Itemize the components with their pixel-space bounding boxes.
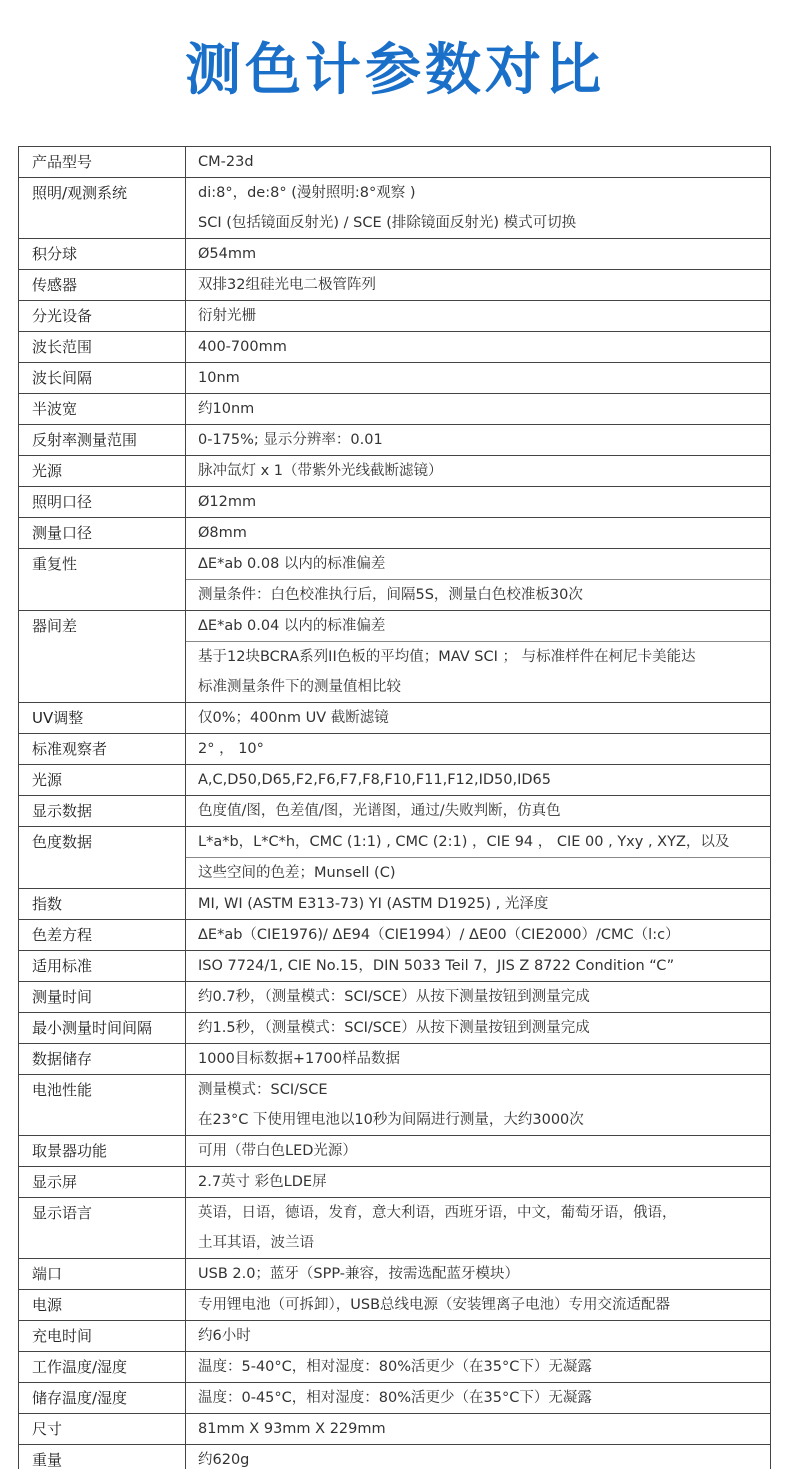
spec-row: 重复性 ΔE*ab 0.08 以内的标准偏差测量条件：白色校准执行后，间隔5S，… bbox=[19, 549, 771, 611]
spec-value: 约10nm bbox=[186, 394, 770, 424]
spec-row: 取景器功能可用（带白色LED光源） bbox=[19, 1136, 771, 1167]
spec-value: ISO 7724/1, CIE No.15，DIN 5033 Teil 7，JI… bbox=[186, 951, 770, 981]
spec-value-cell: di:8°，de:8° (漫射照明:8°观察 )SCI (包括镜面反射光) / … bbox=[186, 178, 771, 239]
spec-value: 基于12块BCRA系列II色板的平均值；MAV SCI ； 与标准样件在柯尼卡美… bbox=[186, 642, 770, 672]
spec-label: 显示屏 bbox=[32, 1167, 185, 1197]
spec-value: 在23°C 下使用锂电池以10秒为间隔进行测量，大约3000次 bbox=[186, 1105, 770, 1135]
spec-row: 产品型号CM-23d bbox=[19, 147, 771, 178]
spec-value-cell: 0-175%; 显示分辨率：0.01 bbox=[186, 425, 771, 456]
spec-label: 取景器功能 bbox=[32, 1136, 185, 1166]
spec-row: 显示屏2.7英寸 彩色LDE屏 bbox=[19, 1167, 771, 1198]
spec-label-cell: 最小测量时间间隔 bbox=[19, 1013, 186, 1044]
spec-value-cell: 温度：5-40°C，相对湿度：80%活更少（在35°C下）无凝露 bbox=[186, 1352, 771, 1383]
spec-row: 光源A,C,D50,D65,F2,F6,F7,F8,F10,F11,F12,ID… bbox=[19, 765, 771, 796]
spec-row: 照明/观测系统di:8°，de:8° (漫射照明:8°观察 )SCI (包括镜面… bbox=[19, 178, 771, 239]
spec-value-cell: 可用（带白色LED光源） bbox=[186, 1136, 771, 1167]
spec-value-cell: 脉冲氙灯 x 1（带紫外光线截断滤镜） bbox=[186, 456, 771, 487]
spec-label: 光源 bbox=[32, 765, 185, 795]
spec-value-cell: 约10nm bbox=[186, 394, 771, 425]
spec-row: 数据储存1000目标数据+1700样品数据 bbox=[19, 1044, 771, 1075]
spec-label-cell: 产品型号 bbox=[19, 147, 186, 178]
spec-label-cell: 反射率测量范围 bbox=[19, 425, 186, 456]
spec-value: 土耳其语，波兰语 bbox=[186, 1228, 770, 1258]
spec-value-cell: 81mm X 93mm X 229mm bbox=[186, 1414, 771, 1445]
spec-value-cell: CM-23d bbox=[186, 147, 771, 178]
spec-label: 产品型号 bbox=[32, 147, 185, 177]
spec-value: ΔE*ab（CIE1976)/ ΔE94（CIE1994）/ ΔE00（CIE2… bbox=[186, 920, 770, 950]
spec-table: 产品型号CM-23d照明/观测系统di:8°，de:8° (漫射照明:8°观察 … bbox=[18, 146, 771, 1469]
spec-value-cell: 双排32组硅光电二极管阵列 bbox=[186, 270, 771, 301]
spec-label-cell: 数据储存 bbox=[19, 1044, 186, 1075]
spec-label-cell: 充电时间 bbox=[19, 1321, 186, 1352]
spec-label: 色差方程 bbox=[32, 920, 185, 950]
spec-row: 适用标准ISO 7724/1, CIE No.15，DIN 5033 Teil … bbox=[19, 951, 771, 982]
spec-value: 专用锂电池（可拆卸），USB总线电源（安装锂离子电池）专用交流适配器 bbox=[186, 1290, 770, 1320]
spec-value-cell: Ø54mm bbox=[186, 239, 771, 270]
spec-label-cell: 端口 bbox=[19, 1259, 186, 1290]
spec-value: 双排32组硅光电二极管阵列 bbox=[186, 270, 770, 300]
spec-label: 测量时间 bbox=[32, 982, 185, 1012]
spec-label: 电源 bbox=[32, 1290, 185, 1320]
spec-row: UV调整仅0%；400nm UV 截断滤镜 bbox=[19, 703, 771, 734]
spec-value: CM-23d bbox=[186, 147, 770, 177]
spec-row: 充电时间约6小时 bbox=[19, 1321, 771, 1352]
spec-value-cell: MI, WI (ASTM E313-73) YI (ASTM D1925) , … bbox=[186, 889, 771, 920]
spec-value: 这些空间的色差；Munsell (C) bbox=[186, 858, 770, 888]
spec-row: 工作温度/湿度温度：5-40°C，相对湿度：80%活更少（在35°C下）无凝露 bbox=[19, 1352, 771, 1383]
spec-value: SCI (包括镜面反射光) / SCE (排除镜面反射光) 模式可切换 bbox=[186, 208, 770, 238]
spec-label: 重复性 bbox=[32, 549, 185, 579]
spec-value-cell: 专用锂电池（可拆卸），USB总线电源（安装锂离子电池）专用交流适配器 bbox=[186, 1290, 771, 1321]
spec-label: UV调整 bbox=[32, 703, 185, 733]
spec-row: 半波宽约10nm bbox=[19, 394, 771, 425]
spec-label-cell: 器间差 bbox=[19, 611, 186, 703]
spec-value: 衍射光栅 bbox=[186, 301, 770, 331]
spec-value-cell: 仅0%；400nm UV 截断滤镜 bbox=[186, 703, 771, 734]
spec-value: Ø12mm bbox=[186, 487, 770, 517]
spec-value: 可用（带白色LED光源） bbox=[186, 1136, 770, 1166]
spec-label-cell: 照明/观测系统 bbox=[19, 178, 186, 239]
spec-value: 约620g bbox=[186, 1445, 770, 1469]
spec-row: 传感器双排32组硅光电二极管阵列 bbox=[19, 270, 771, 301]
spec-label-cell: 储存温度/湿度 bbox=[19, 1383, 186, 1414]
spec-row: 尺寸81mm X 93mm X 229mm bbox=[19, 1414, 771, 1445]
spec-label-cell: 波长间隔 bbox=[19, 363, 186, 394]
spec-label: 电池性能 bbox=[32, 1075, 185, 1105]
spec-row: 波长范围400-700mm bbox=[19, 332, 771, 363]
spec-value-cell: 1000目标数据+1700样品数据 bbox=[186, 1044, 771, 1075]
spec-label: 适用标准 bbox=[32, 951, 185, 981]
spec-label: 测量口径 bbox=[32, 518, 185, 548]
spec-value-cell: A,C,D50,D65,F2,F6,F7,F8,F10,F11,F12,ID50… bbox=[186, 765, 771, 796]
spec-label-cell: 电池性能 bbox=[19, 1075, 186, 1136]
spec-value-cell: 10nm bbox=[186, 363, 771, 394]
spec-value-cell: 约6小时 bbox=[186, 1321, 771, 1352]
spec-value: 约0.7秒，（测量模式：SCI/SCE）从按下测量按钮到测量完成 bbox=[186, 982, 770, 1012]
spec-value-cell: ΔE*ab（CIE1976)/ ΔE94（CIE1994）/ ΔE00（CIE2… bbox=[186, 920, 771, 951]
spec-row: 显示数据色度值/图，色差值/图，光谱图，通过/失败判断，仿真色 bbox=[19, 796, 771, 827]
spec-label-cell: 测量时间 bbox=[19, 982, 186, 1013]
spec-value: 2.7英寸 彩色LDE屏 bbox=[186, 1167, 770, 1197]
spec-label-cell: 工作温度/湿度 bbox=[19, 1352, 186, 1383]
spec-value-cell: 约1.5秒，（测量模式：SCI/SCE）从按下测量按钮到测量完成 bbox=[186, 1013, 771, 1044]
spec-row: 标准观察者2° ， 10° bbox=[19, 734, 771, 765]
spec-label: 最小测量时间间隔 bbox=[32, 1013, 185, 1043]
spec-row: 色差方程 ΔE*ab（CIE1976)/ ΔE94（CIE1994）/ ΔE00… bbox=[19, 920, 771, 951]
spec-label: 波长间隔 bbox=[32, 363, 185, 393]
spec-label-cell: 适用标准 bbox=[19, 951, 186, 982]
spec-label: 数据储存 bbox=[32, 1044, 185, 1074]
spec-row: 指数MI, WI (ASTM E313-73) YI (ASTM D1925) … bbox=[19, 889, 771, 920]
spec-row: 照明口径Ø12mm bbox=[19, 487, 771, 518]
spec-value: 400-700mm bbox=[186, 332, 770, 362]
spec-value: 温度：0-45°C，相对湿度：80%活更少（在35°C下）无凝露 bbox=[186, 1383, 770, 1413]
spec-label: 重量 bbox=[32, 1445, 185, 1469]
spec-row: 积分球Ø54mm bbox=[19, 239, 771, 270]
spec-row: 储存温度/湿度温度：0-45°C，相对湿度：80%活更少（在35°C下）无凝露 bbox=[19, 1383, 771, 1414]
spec-value-cell: L*a*b，L*C*h，CMC (1:1) , CMC (2:1) ，CIE 9… bbox=[186, 827, 771, 889]
spec-value: ΔE*ab 0.04 以内的标准偏差 bbox=[186, 611, 770, 642]
spec-label-cell: 重量 bbox=[19, 1445, 186, 1469]
spec-value-cell: ISO 7724/1, CIE No.15，DIN 5033 Teil 7，JI… bbox=[186, 951, 771, 982]
spec-label-cell: 波长范围 bbox=[19, 332, 186, 363]
spec-row: 分光设备衍射光栅 bbox=[19, 301, 771, 332]
spec-value-cell: ΔE*ab 0.08 以内的标准偏差测量条件：白色校准执行后，间隔5S，测量白色… bbox=[186, 549, 771, 611]
spec-label-cell: 积分球 bbox=[19, 239, 186, 270]
spec-value-cell: 2.7英寸 彩色LDE屏 bbox=[186, 1167, 771, 1198]
spec-value: 脉冲氙灯 x 1（带紫外光线截断滤镜） bbox=[186, 456, 770, 486]
spec-label: 分光设备 bbox=[32, 301, 185, 331]
spec-value: 0-175%; 显示分辨率：0.01 bbox=[186, 425, 770, 455]
spec-value: 10nm bbox=[186, 363, 770, 393]
spec-label-cell: 显示语言 bbox=[19, 1198, 186, 1259]
spec-value-cell: ΔE*ab 0.04 以内的标准偏差基于12块BCRA系列II色板的平均值；MA… bbox=[186, 611, 771, 703]
spec-label-cell: 标准观察者 bbox=[19, 734, 186, 765]
spec-value: ΔE*ab 0.08 以内的标准偏差 bbox=[186, 549, 770, 580]
spec-value: 测量条件：白色校准执行后，间隔5S，测量白色校准板30次 bbox=[186, 580, 770, 610]
spec-label-cell: 电源 bbox=[19, 1290, 186, 1321]
page-title: 测色计参数对比 bbox=[0, 36, 790, 106]
spec-value: USB 2.0；蓝牙（SPP-兼容，按需选配蓝牙模块） bbox=[186, 1259, 770, 1289]
spec-label-cell: 尺寸 bbox=[19, 1414, 186, 1445]
spec-label-cell: 光源 bbox=[19, 456, 186, 487]
spec-row: 器间差 ΔE*ab 0.04 以内的标准偏差基于12块BCRA系列II色板的平均… bbox=[19, 611, 771, 703]
spec-label: 尺寸 bbox=[32, 1414, 185, 1444]
spec-value: 温度：5-40°C，相对湿度：80%活更少（在35°C下）无凝露 bbox=[186, 1352, 770, 1382]
spec-label: 照明口径 bbox=[32, 487, 185, 517]
spec-row: 测量时间约0.7秒，（测量模式：SCI/SCE）从按下测量按钮到测量完成 bbox=[19, 982, 771, 1013]
spec-label: 器间差 bbox=[32, 611, 185, 641]
spec-value: 约6小时 bbox=[186, 1321, 770, 1351]
spec-label-cell: 光源 bbox=[19, 765, 186, 796]
spec-value-cell: 英语，日语，德语，发育，意大利语，西班牙语，中文，葡萄牙语，俄语，土耳其语，波兰… bbox=[186, 1198, 771, 1259]
spec-value: Ø54mm bbox=[186, 239, 770, 269]
spec-value: 标准测量条件下的测量值相比较 bbox=[186, 672, 770, 702]
spec-label-cell: 取景器功能 bbox=[19, 1136, 186, 1167]
spec-row: 测量口径Ø8mm bbox=[19, 518, 771, 549]
spec-table-body: 产品型号CM-23d照明/观测系统di:8°，de:8° (漫射照明:8°观察 … bbox=[19, 147, 771, 1469]
spec-row: 端口USB 2.0；蓝牙（SPP-兼容，按需选配蓝牙模块） bbox=[19, 1259, 771, 1290]
spec-row: 重量约620g bbox=[19, 1445, 771, 1469]
spec-label: 显示数据 bbox=[32, 796, 185, 826]
spec-label: 指数 bbox=[32, 889, 185, 919]
spec-row: 显示语言英语，日语，德语，发育，意大利语，西班牙语，中文，葡萄牙语，俄语，土耳其… bbox=[19, 1198, 771, 1259]
spec-label-cell: 重复性 bbox=[19, 549, 186, 611]
spec-value-cell: 色度值/图，色差值/图，光谱图，通过/失败判断，仿真色 bbox=[186, 796, 771, 827]
spec-value: 81mm X 93mm X 229mm bbox=[186, 1414, 770, 1444]
spec-label-cell: 分光设备 bbox=[19, 301, 186, 332]
spec-label: 充电时间 bbox=[32, 1321, 185, 1351]
spec-value: 英语，日语，德语，发育，意大利语，西班牙语，中文，葡萄牙语，俄语， bbox=[186, 1198, 770, 1228]
spec-value: di:8°，de:8° (漫射照明:8°观察 ) bbox=[186, 178, 770, 208]
spec-row: 色度数据L*a*b，L*C*h，CMC (1:1) , CMC (2:1) ，C… bbox=[19, 827, 771, 889]
spec-label-cell: 照明口径 bbox=[19, 487, 186, 518]
spec-value: 色度值/图，色差值/图，光谱图，通过/失败判断，仿真色 bbox=[186, 796, 770, 826]
spec-value: A,C,D50,D65,F2,F6,F7,F8,F10,F11,F12,ID50… bbox=[186, 765, 770, 795]
spec-label: 波长范围 bbox=[32, 332, 185, 362]
spec-value: 1000目标数据+1700样品数据 bbox=[186, 1044, 770, 1074]
spec-row: 最小测量时间间隔约1.5秒，（测量模式：SCI/SCE）从按下测量按钮到测量完成 bbox=[19, 1013, 771, 1044]
spec-value: 2° ， 10° bbox=[186, 734, 770, 764]
spec-label: 光源 bbox=[32, 456, 185, 486]
spec-label: 储存温度/湿度 bbox=[32, 1383, 185, 1413]
spec-label: 显示语言 bbox=[32, 1198, 185, 1228]
spec-value: MI, WI (ASTM E313-73) YI (ASTM D1925) , … bbox=[186, 889, 770, 919]
spec-value-cell: 约620g bbox=[186, 1445, 771, 1469]
spec-label-cell: 显示数据 bbox=[19, 796, 186, 827]
spec-row: 波长间隔10nm bbox=[19, 363, 771, 394]
spec-value-cell: 2° ， 10° bbox=[186, 734, 771, 765]
spec-row: 电池性能测量模式：SCI/SCE在23°C 下使用锂电池以10秒为间隔进行测量，… bbox=[19, 1075, 771, 1136]
spec-label: 端口 bbox=[32, 1259, 185, 1289]
spec-label: 积分球 bbox=[32, 239, 185, 269]
spec-label: 传感器 bbox=[32, 270, 185, 300]
spec-value-cell: 温度：0-45°C，相对湿度：80%活更少（在35°C下）无凝露 bbox=[186, 1383, 771, 1414]
spec-label-cell: 色度数据 bbox=[19, 827, 186, 889]
spec-label: 标准观察者 bbox=[32, 734, 185, 764]
spec-value-cell: 衍射光栅 bbox=[186, 301, 771, 332]
spec-label-cell: 显示屏 bbox=[19, 1167, 186, 1198]
spec-label-cell: 指数 bbox=[19, 889, 186, 920]
spec-value-cell: Ø12mm bbox=[186, 487, 771, 518]
spec-row: 电源专用锂电池（可拆卸），USB总线电源（安装锂离子电池）专用交流适配器 bbox=[19, 1290, 771, 1321]
spec-value: 仅0%；400nm UV 截断滤镜 bbox=[186, 703, 770, 733]
spec-value-cell: 约0.7秒，（测量模式：SCI/SCE）从按下测量按钮到测量完成 bbox=[186, 982, 771, 1013]
spec-value-cell: Ø8mm bbox=[186, 518, 771, 549]
spec-label: 反射率测量范围 bbox=[32, 425, 185, 455]
spec-value: 约1.5秒，（测量模式：SCI/SCE）从按下测量按钮到测量完成 bbox=[186, 1013, 770, 1043]
spec-label: 半波宽 bbox=[32, 394, 185, 424]
spec-value: L*a*b，L*C*h，CMC (1:1) , CMC (2:1) ，CIE 9… bbox=[186, 827, 770, 858]
spec-label-cell: 测量口径 bbox=[19, 518, 186, 549]
spec-label: 照明/观测系统 bbox=[32, 178, 185, 208]
spec-label-cell: UV调整 bbox=[19, 703, 186, 734]
spec-value-cell: 400-700mm bbox=[186, 332, 771, 363]
spec-value-cell: 测量模式：SCI/SCE在23°C 下使用锂电池以10秒为间隔进行测量，大约30… bbox=[186, 1075, 771, 1136]
spec-label-cell: 半波宽 bbox=[19, 394, 186, 425]
spec-label-cell: 色差方程 bbox=[19, 920, 186, 951]
spec-value: 测量模式：SCI/SCE bbox=[186, 1075, 770, 1105]
spec-label: 色度数据 bbox=[32, 827, 185, 857]
spec-value-cell: USB 2.0；蓝牙（SPP-兼容，按需选配蓝牙模块） bbox=[186, 1259, 771, 1290]
spec-value: Ø8mm bbox=[186, 518, 770, 548]
spec-label-cell: 传感器 bbox=[19, 270, 186, 301]
spec-label: 工作温度/湿度 bbox=[32, 1352, 185, 1382]
spec-row: 反射率测量范围0-175%; 显示分辨率：0.01 bbox=[19, 425, 771, 456]
spec-row: 光源脉冲氙灯 x 1（带紫外光线截断滤镜） bbox=[19, 456, 771, 487]
